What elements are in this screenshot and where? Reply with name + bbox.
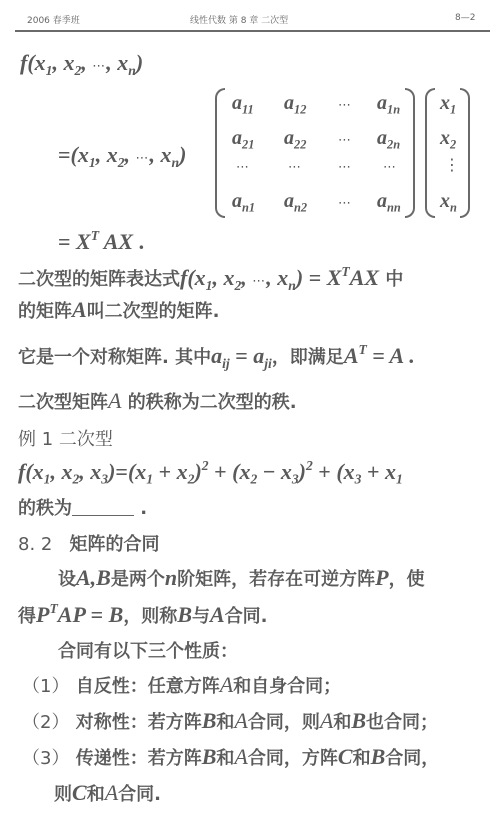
vector-cell: x1: [440, 92, 456, 117]
formula-lhs: f(x1, x2, ⋯, xn): [20, 50, 143, 79]
matrix-cell: a2n: [377, 127, 400, 152]
section-heading: 8. 2 矩阵的合同: [18, 530, 160, 556]
property-item-3: （3） 传递性：若方阵B和A合同，方阵C和B合同，: [22, 744, 439, 770]
matrix-cell: ⋯: [338, 98, 352, 113]
matrix-cell: a22: [284, 127, 306, 152]
example-label: 例 1 二次型: [18, 425, 113, 451]
vector-left-paren: [425, 88, 435, 218]
matrix-right-paren: [405, 88, 415, 218]
matrix-cell: ⋯: [236, 160, 250, 175]
property-item-3-cont: 则C和A合同.: [54, 780, 161, 806]
matrix-cell: ⋯: [338, 160, 352, 175]
property-item-2: （2） 对称性：若方阵B和A合同，则A和B也合同；: [22, 708, 438, 734]
example-question: 的秩为 .: [18, 494, 147, 520]
section-number: 8. 2: [18, 534, 52, 555]
paragraph-matrix-form-cont: 的矩阵A叫二次型的矩阵.: [18, 297, 220, 323]
matrix-cell: a12: [284, 92, 306, 117]
matrix-cell: a1n: [377, 92, 400, 117]
matrix-cell: ann: [377, 190, 401, 215]
example-formula: f(x1, x2, x3)=(x1 + x2)2 + (x2 − x3)2 + …: [18, 458, 403, 488]
matrix-cell: an2: [284, 190, 307, 215]
vector-cell: ⋮: [444, 155, 461, 174]
header-page-number: 8—2: [455, 13, 475, 23]
matrix-cell: ⋯: [338, 133, 352, 148]
matrix-cell: ⋯: [288, 160, 302, 175]
property-item-1: （1） 自反性：任意方阵A和自身合同；: [22, 672, 341, 698]
matrix-cell: ⋯: [338, 196, 352, 211]
definition-line-2: 得PTAP = B，则称B与A合同.: [18, 601, 268, 628]
formula-row-vector: =(x1, x2, ⋯, xn): [58, 142, 186, 171]
matrix-cell: a21: [232, 127, 254, 152]
matrix-cell: a11: [232, 92, 254, 117]
answer-blank: [72, 499, 134, 516]
matrix-cell: an1: [232, 190, 255, 215]
header-left: 2006 春季班: [27, 13, 80, 26]
matrix-cell: ⋯: [383, 160, 397, 175]
matrix-left-paren: [215, 88, 225, 218]
definition-line-1: 设A,B是两个n阶矩阵，若存在可逆方阵P，使: [58, 565, 425, 591]
paragraph-rank: 二次型矩阵A 的秩称为二次型的秩.: [18, 388, 297, 414]
header-rule: [15, 30, 490, 32]
header-title: 线性代数 第 8 章 二次型: [190, 13, 288, 26]
vector-cell: xn: [440, 190, 457, 215]
vector-cell: x2: [440, 127, 456, 152]
formula-result: = XT AX .: [58, 228, 144, 255]
paragraph-matrix-form: 二次型的矩阵表达式f(x1, x2, ⋯, xn) = XTAX 中: [18, 264, 403, 294]
paragraph-symmetric: 它是一个对称矩阵. 其中aij = aji，即满足AT = A .: [18, 342, 414, 372]
properties-intro: 合同有以下三个性质：: [58, 637, 238, 663]
section-title: 矩阵的合同: [70, 534, 160, 555]
vector-right-paren: [460, 88, 470, 218]
